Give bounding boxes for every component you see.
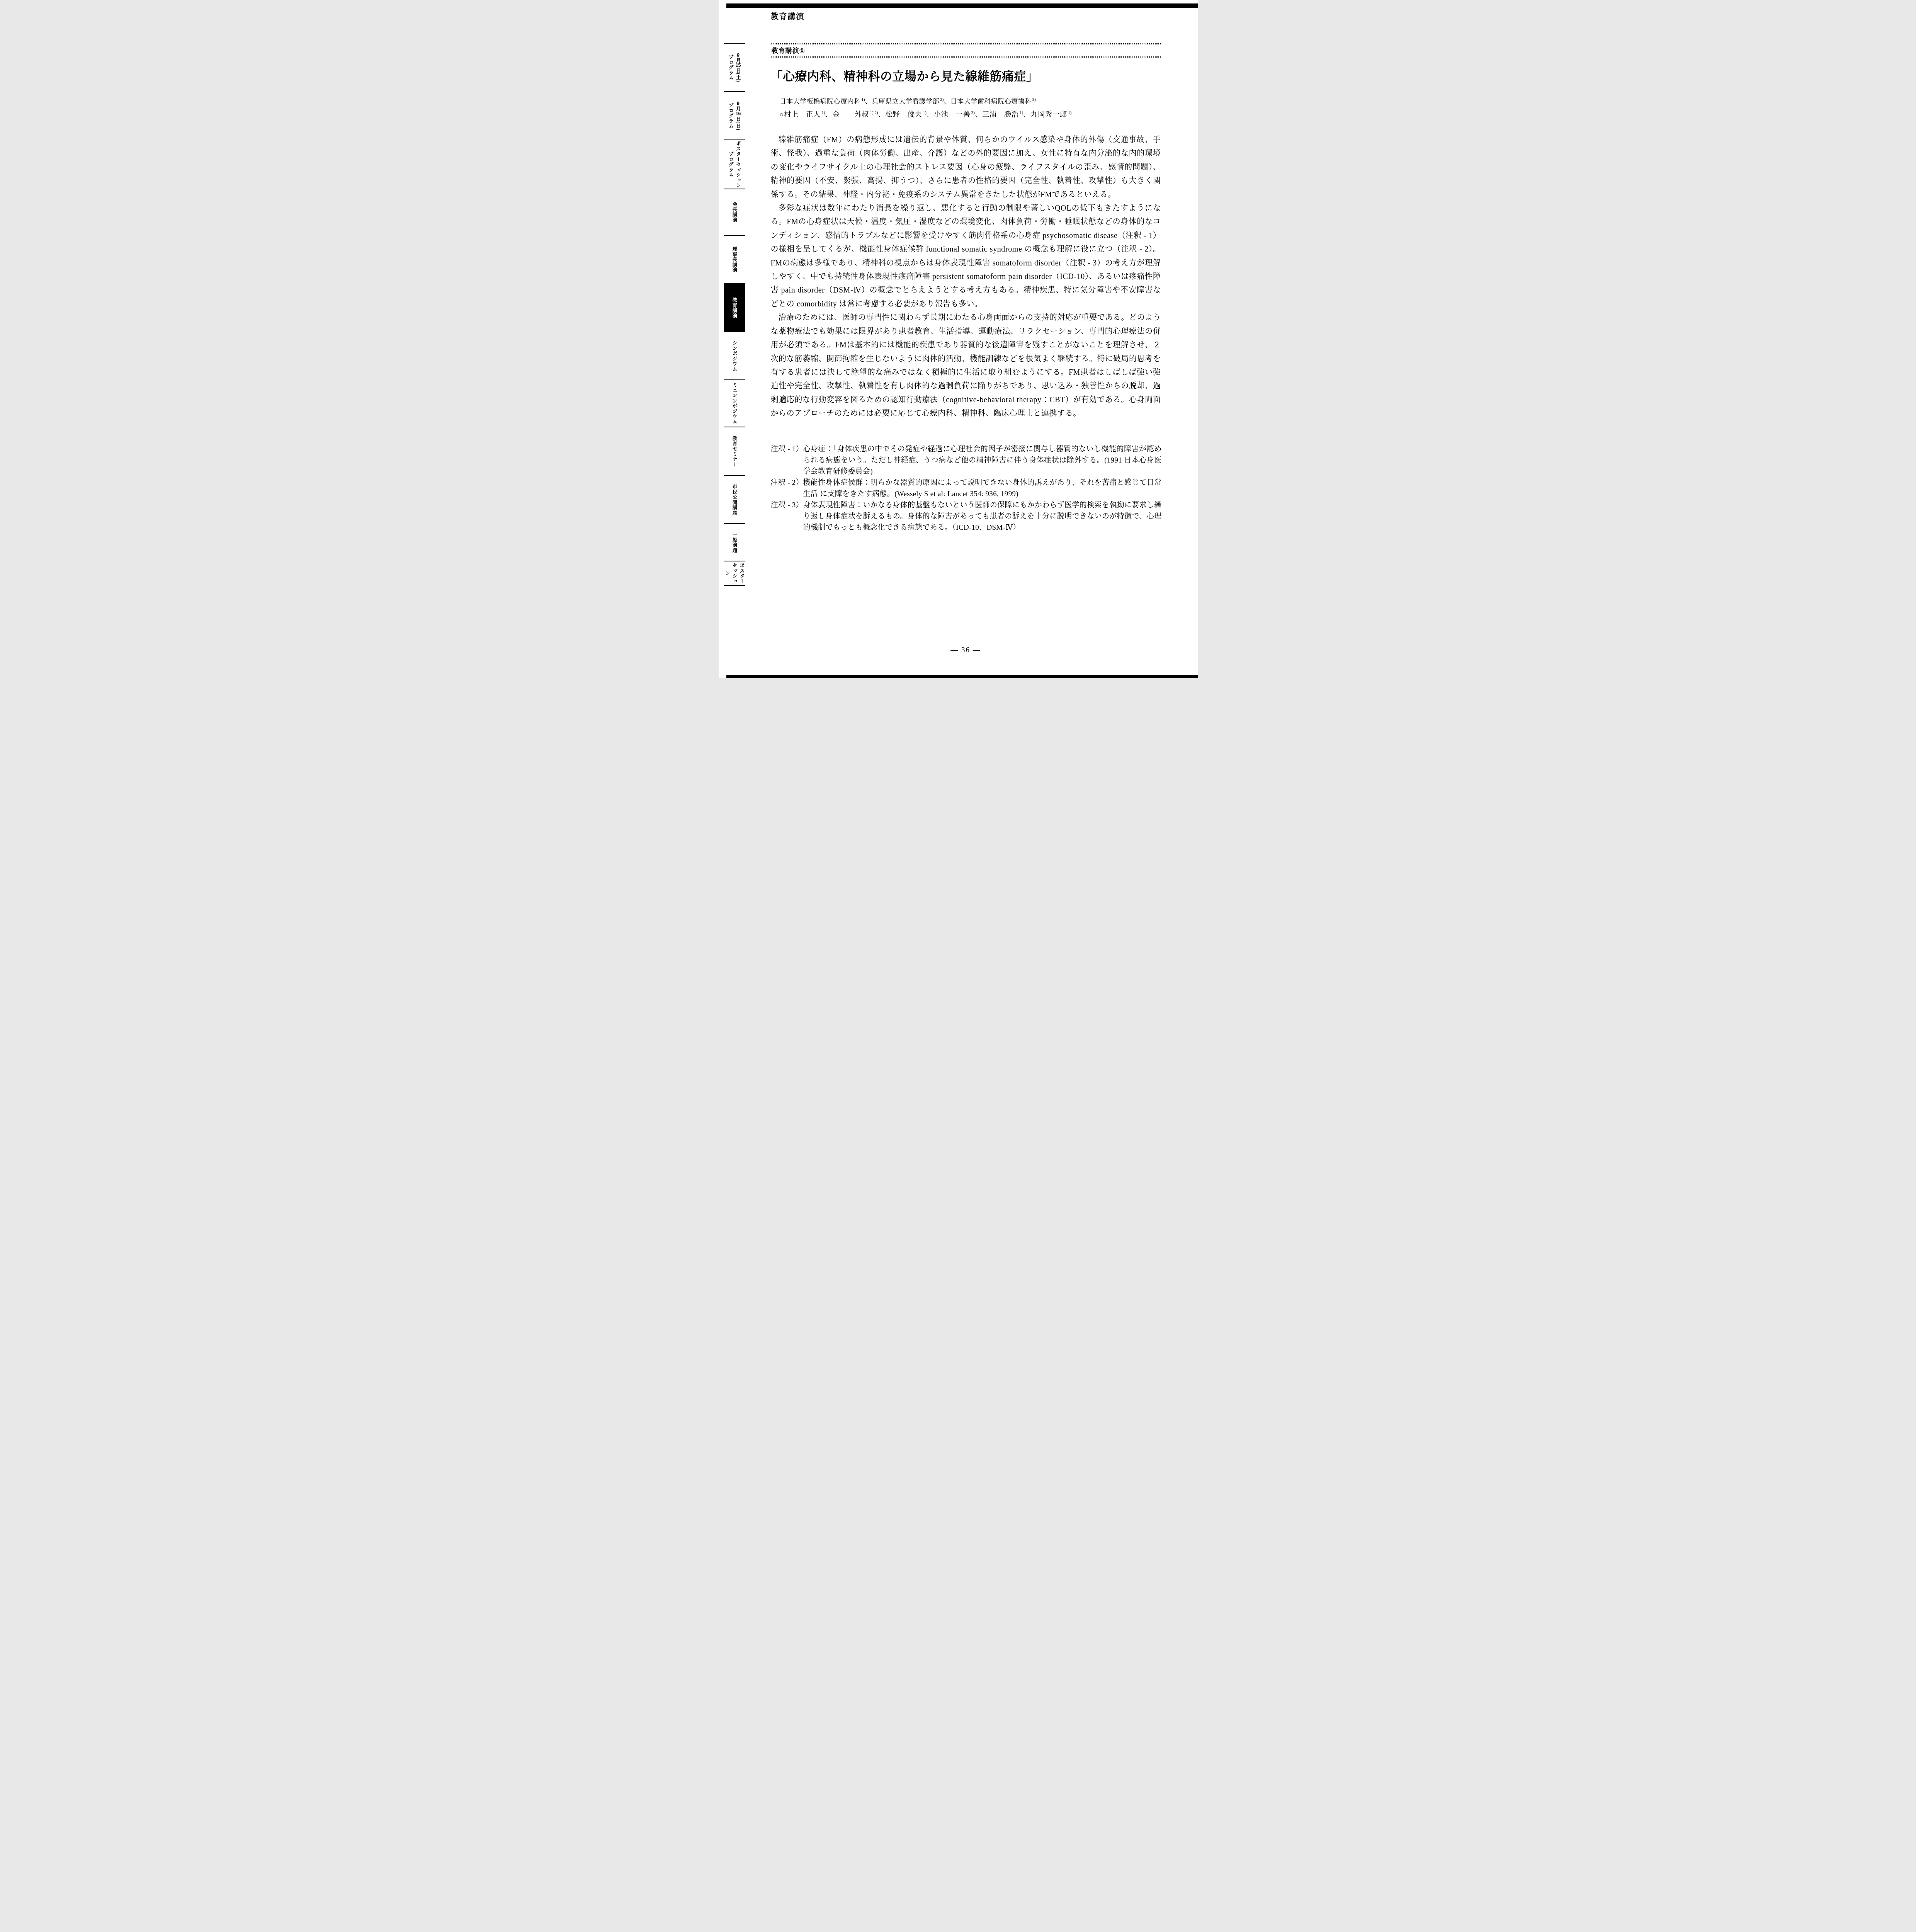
sidebar-tab-1: 9月15日(土)プログラム xyxy=(724,43,745,91)
footnote-text: 心身症：「身体疾患の中でその発症や経過に心理社会的因子が密接に関与し器質的ないし… xyxy=(803,444,1162,477)
sidebar-tab-label: シンポジウム xyxy=(731,332,738,379)
sidebar-tab-label: 9月16日(日)プログラム xyxy=(727,92,742,139)
author-superscript: 1) xyxy=(1020,111,1023,115)
dotted-rule-top xyxy=(771,43,1161,44)
authors-line: ○村上 正人1)、金 外叔1) 2)、松野 俊夫1)、小池 一善3)、三浦 勝浩… xyxy=(780,109,1161,119)
author-superscript: 1) xyxy=(1068,111,1071,115)
sidebar-tab-label: ポスターセッション xyxy=(723,561,745,585)
sidebar-tab-3: ポスターセッションプログラム xyxy=(724,139,745,189)
sidebar-tab-label: 教育セミナー xyxy=(731,427,738,475)
affiliation: 、兵庫県立大学看護学部 xyxy=(865,98,940,105)
author: 、三浦 勝浩 xyxy=(975,111,1019,118)
program-page: 教育講演 9月15日(土)プログラム9月16日(日)プログラムポスターセッション… xyxy=(719,0,1198,678)
sidebar-tab-11: 一般演題 xyxy=(724,523,745,561)
footnote-text: 身体表現性障害：いかなる身体的基盤もないという医師の保障にもかかわらず医学的検索… xyxy=(803,500,1162,533)
sidebar: 9月15日(土)プログラム9月16日(日)プログラムポスターセッションプログラム… xyxy=(724,0,745,678)
footnote: 注釈 - 2）機能性身体症候群：明らかな器質的原因によって説明できない身体的訴え… xyxy=(771,477,1162,500)
sidebar-tab-label: 市民公開講座 xyxy=(731,476,738,523)
bottom-scan-bar xyxy=(726,675,1198,678)
author-superscript: 1) xyxy=(923,111,927,115)
sidebar-tab-7: シンポジウム xyxy=(724,332,745,379)
section-label: 教育講演① xyxy=(772,45,805,55)
footnote: 注釈 - 3）身体表現性障害：いかなる身体的基盤もないという医師の保障にもかかわ… xyxy=(771,500,1162,533)
sidebar-tab-6: 教育講演 xyxy=(724,283,745,332)
abstract-paragraph: 線維筋痛症（FM）の病態形成には遺伝的背景や体質、何らかのウイルス感染や身体的外… xyxy=(771,133,1161,202)
footnote-text: 機能性身体症候群：明らかな器質的原因によって説明できない身体的訴えがあり、それを… xyxy=(803,477,1162,500)
footnote-label: 注釈 - 2） xyxy=(771,477,803,500)
sidebar-tab-label: 会長講演 xyxy=(731,189,738,235)
affiliations: 日本大学板橋病院心療内科1)、兵庫県立大学看護学部2)、日本大学歯科病院心療歯科… xyxy=(780,96,1161,105)
sidebar-tab-label: 9月15日(土)プログラム xyxy=(727,44,742,91)
abstract-paragraph: 治療のためには、医師の専門性に関わらず長期にわたる心身両面からの支持的対応が重要… xyxy=(771,311,1161,420)
author-superscript: 1) 2) xyxy=(870,111,878,115)
affiliation: 、日本大学歯科病院心療歯科 xyxy=(944,98,1032,105)
sidebar-tab-label: 一般演題 xyxy=(731,524,738,561)
author: 、小池 一善 xyxy=(927,111,971,118)
author: 、金 外叔 xyxy=(825,111,869,118)
sidebar-tab-label: ポスターセッションプログラム xyxy=(727,140,742,189)
sidebar-tab-2: 9月16日(日)プログラム xyxy=(724,91,745,139)
author-superscript: 3) xyxy=(971,111,975,115)
sidebar-tab-label: 教育講演 xyxy=(731,283,738,332)
affiliation: 日本大学板橋病院心療内科 xyxy=(780,98,861,105)
sidebar-tab-4: 会長講演 xyxy=(724,189,745,235)
lecture-title: 「心療内科、精神科の立場から見た線維筋痛症」 xyxy=(771,66,1161,84)
footnote-label: 注釈 - 1） xyxy=(771,444,803,477)
sidebar-tab-10: 市民公開講座 xyxy=(724,475,745,523)
author: 、丸岡秀一郎 xyxy=(1023,111,1067,118)
sidebar-tab-9: 教育セミナー xyxy=(724,427,745,475)
footnote-label: 注釈 - 3） xyxy=(771,500,803,533)
top-scan-bar xyxy=(726,3,1198,8)
abstract-paragraph: 多彩な症状は数年にわたり消長を繰り返し、悪化すると行動の制限や著しいQOLの低下… xyxy=(771,202,1161,311)
page-header: 教育講演 xyxy=(771,10,805,22)
page-number: ― 36 ― xyxy=(771,646,1161,655)
sidebar-tab-8: ミニシンポジウム xyxy=(724,379,745,427)
affiliation-superscript: 2) xyxy=(940,97,944,102)
footnotes: 注釈 - 1）心身症：「身体疾患の中でその発症や経過に心理社会的因子が密接に関与… xyxy=(771,444,1162,533)
author: ○村上 正人 xyxy=(780,111,821,118)
sidebar-tab-label: ミニシンポジウム xyxy=(731,380,738,427)
sidebar-tab-label: 理事長講演 xyxy=(731,236,738,283)
abstract-body: 線維筋痛症（FM）の病態形成には遺伝的背景や体質、何らかのウイルス感染や身体的外… xyxy=(771,133,1161,421)
sidebar-tab-12: ポスターセッション xyxy=(724,561,745,586)
author: 、松野 俊夫 xyxy=(878,111,922,118)
affiliation-superscript: 1) xyxy=(862,97,865,102)
affiliation-superscript: 3) xyxy=(1032,97,1036,102)
author-superscript: 1) xyxy=(821,111,825,115)
dotted-rule-bottom xyxy=(771,56,1161,58)
footnote: 注釈 - 1）心身症：「身体疾患の中でその発症や経過に心理社会的因子が密接に関与… xyxy=(771,444,1162,477)
sidebar-tab-5: 理事長講演 xyxy=(724,235,745,283)
